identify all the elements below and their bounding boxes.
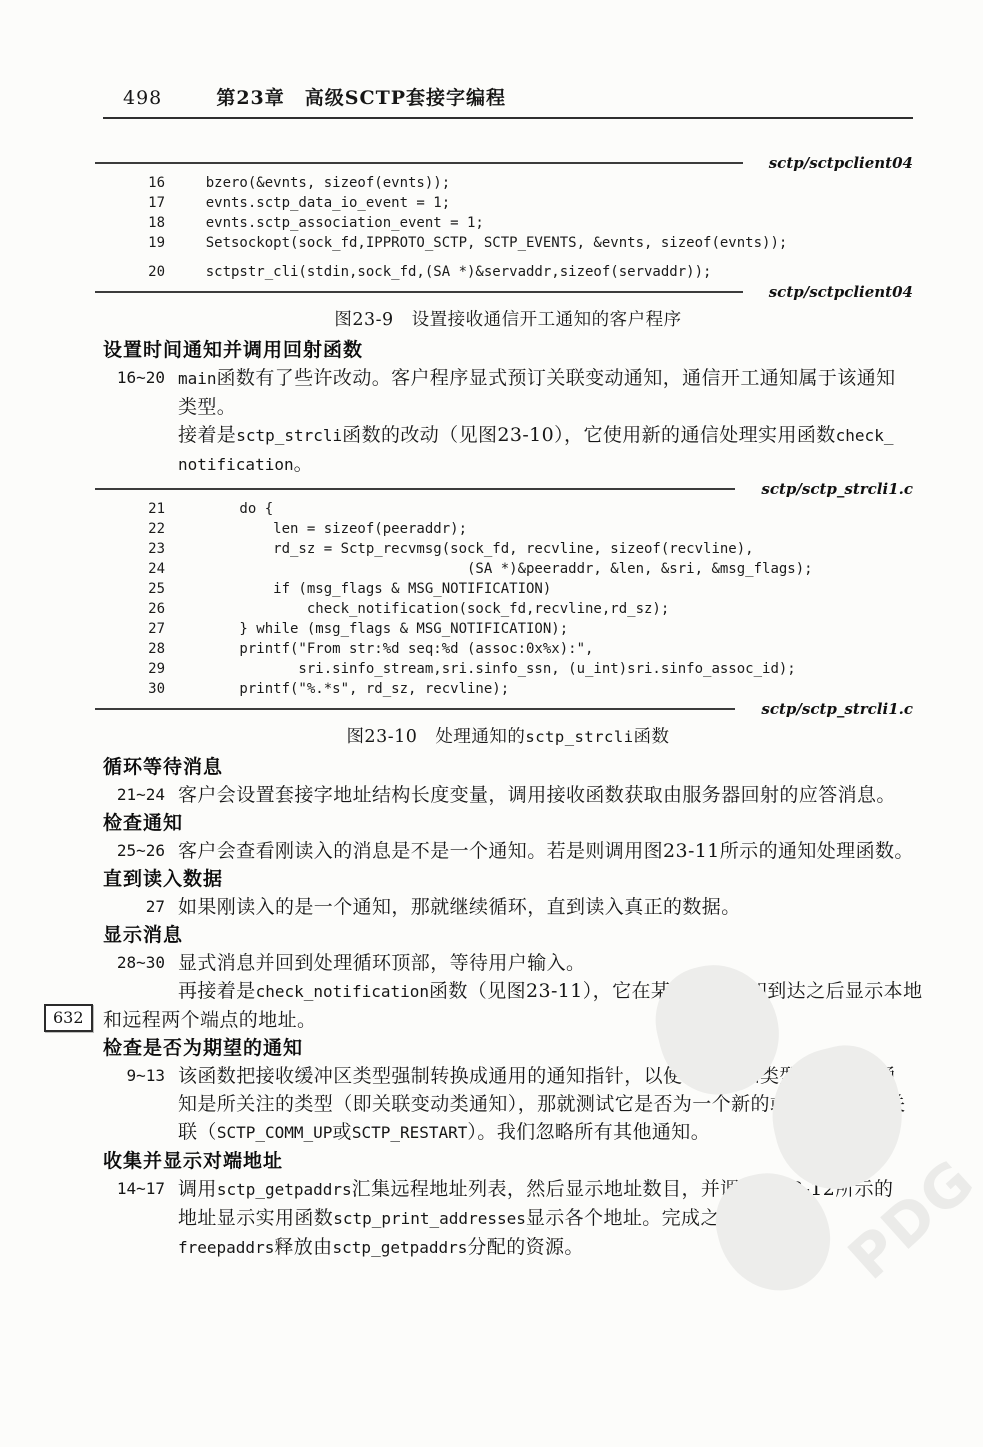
annotated-paragraph: 21~24客户会设置套接字地址结构长度变量，调用接收函数获取由服务器回射的应答消… <box>103 781 913 809</box>
line-number: 29 <box>103 659 165 679</box>
text-run: 类型。 <box>178 396 236 418</box>
paragraph-line: 知是所关注的类型（即关联变动类通知），那就测试它是否为一个新的或重新激活的关 <box>178 1090 913 1118</box>
inline-code: sctp_strcli <box>525 728 633 746</box>
line-number: 24 <box>103 559 165 579</box>
code-line: 24 (SA *)&peeraddr, &len, &sri, &msg_fla… <box>103 559 913 579</box>
paragraph-text: 客户会查看刚读入的消息是不是一个通知。若是则调用图23-11所示的通知处理函数。 <box>178 837 913 865</box>
text-run: 分配的资源。 <box>467 1236 583 1258</box>
code-text: evnts.sctp_association_event = 1; <box>172 215 484 231</box>
running-header: 498 第23章 高级SCTP套接字编程 <box>103 86 913 119</box>
annotated-paragraph: 28~30显式消息并回到处理循环顶部，等待用户输入。 <box>103 949 913 977</box>
line-range-label <box>103 421 165 479</box>
code-line: 19 Setsockopt(sock_fd,IPPROTO_SCTP, SCTP… <box>103 233 913 253</box>
annotated-paragraph: 25~26客户会查看刚读入的消息是不是一个通知。若是则调用图23-11所示的通知… <box>103 837 913 865</box>
code-text: printf("From str:%d seq:%d (assoc:0x%x):… <box>172 641 593 657</box>
line-number: 21 <box>103 499 165 519</box>
line-number: 18 <box>103 213 165 233</box>
horizontal-rule <box>95 708 735 710</box>
page-flow: sctp/sctpclient0416 bzero(&evnts, sizeof… <box>103 153 913 1262</box>
paragraph-line: 和远程两个端点的地址。 <box>103 1006 913 1034</box>
paragraph-line: 接着是sctp_strcli函数的改动（见图23-10），它使用新的通信处理实用… <box>178 421 913 450</box>
code-text: rd_sz = Sctp_recvmsg(sock_fd, recvline, … <box>172 541 754 557</box>
text-run: 知是所关注的类型（即关联变动类通知），那就测试它是否为一个新的或重新激活的关 <box>178 1093 906 1115</box>
section-heading: 显示消息 <box>103 921 913 949</box>
source-file-label: sctp/sctp_strcli1.c <box>761 700 913 718</box>
code-text: bzero(&evnts, sizeof(evnts)); <box>172 175 450 191</box>
code-line: 27 } while (msg_flags & MSG_NOTIFICATION… <box>103 619 913 639</box>
code-lines: 16 bzero(&evnts, sizeof(evnts));17 evnts… <box>103 173 913 282</box>
paragraph-text: 显式消息并回到处理循环顶部，等待用户输入。 <box>178 949 913 977</box>
line-number: 19 <box>103 233 165 253</box>
code-line: 18 evnts.sctp_association_event = 1; <box>103 213 913 233</box>
figure-caption: 图23-10 处理通知的sctp_strcli函数 <box>103 723 913 751</box>
section-heading: 收集并显示对端地址 <box>103 1147 913 1175</box>
code-line <box>103 253 913 262</box>
text-run: 如果刚读入的是一个通知，那就继续循环，直到读入真正的数据。 <box>178 896 741 918</box>
horizontal-rule <box>95 291 743 293</box>
annotated-paragraph: 27如果刚读入的是一个通知，那就继续循环，直到读入真正的数据。 <box>103 893 913 921</box>
inline-code: freepaddrs <box>178 1238 274 1257</box>
code-text: if (msg_flags & MSG_NOTIFICATION) <box>172 581 551 597</box>
source-label-row: sctp/sctp_strcli1.c <box>103 699 913 719</box>
annotated-paragraph: 9~13该函数把接收缓冲区类型强制转换成通用的通知指针，以便找出通知类型。如果本… <box>103 1062 913 1147</box>
code-text: sri.sinfo_stream,sri.sinfo_ssn, (u_int)s… <box>172 661 796 677</box>
inline-code: main <box>178 369 217 388</box>
section-heading: 直到读入数据 <box>103 865 913 893</box>
section-heading: 循环等待消息 <box>103 753 913 781</box>
code-line: 16 bzero(&evnts, sizeof(evnts)); <box>103 173 913 193</box>
code-line: 20 sctpstr_cli(stdin,sock_fd,(SA *)&serv… <box>103 262 913 282</box>
source-label-row: sctp/sctp_strcli1.c <box>103 479 913 499</box>
code-line: 26 check_notification(sock_fd,recvline,r… <box>103 599 913 619</box>
paragraph-text: 客户会设置套接字地址结构长度变量，调用接收函数获取由服务器回射的应答消息。 <box>178 781 913 809</box>
code-text: Setsockopt(sock_fd,IPPROTO_SCTP, SCTP_EV… <box>172 235 787 251</box>
text-run: 函数（见图23-11），它在某个关联通知到达之后显示本地 <box>429 980 922 1002</box>
code-line: 29 sri.sinfo_stream,sri.sinfo_ssn, (u_in… <box>103 659 913 679</box>
code-text: evnts.sctp_data_io_event = 1; <box>172 195 450 211</box>
code-text: } while (msg_flags & MSG_NOTIFICATION); <box>172 621 568 637</box>
code-line: 23 rd_sz = Sctp_recvmsg(sock_fd, recvlin… <box>103 539 913 559</box>
annotated-paragraph: 14~17调用sctp_getpaddrs汇集远程地址列表，然后显示地址数目，并… <box>103 1175 913 1262</box>
code-lines: 21 do {22 len = sizeof(peeraddr);23 rd_s… <box>103 499 913 699</box>
text-run: 显示各个地址。完成之后调用 <box>526 1207 778 1229</box>
figure-caption: 图23-9 设置接收通信开工通知的客户程序 <box>103 306 913 334</box>
paragraph-line: 客户会查看刚读入的消息是不是一个通知。若是则调用图23-11所示的通知处理函数。 <box>178 837 913 865</box>
line-number: 26 <box>103 599 165 619</box>
text-run: 和远程两个端点的地址。 <box>103 1009 316 1031</box>
inline-code: sctp_getpaddrs <box>333 1238 468 1257</box>
text-run: 显式消息并回到处理循环顶部，等待用户输入。 <box>178 952 585 974</box>
inline-code: SCTP_RESTART <box>352 1123 468 1142</box>
paragraph-text: 如果刚读入的是一个通知，那就继续循环，直到读入真正的数据。 <box>178 893 913 921</box>
source-label-row: sctp/sctpclient04 <box>103 153 913 173</box>
text-run: 。 <box>294 453 313 475</box>
line-range-label: 9~13 <box>103 1062 165 1147</box>
line-range-label: 21~24 <box>103 781 165 809</box>
line-number: 22 <box>103 519 165 539</box>
line-number: 28 <box>103 639 165 659</box>
section-heading: 设置时间通知并调用回射函数 <box>103 336 913 364</box>
paragraph-line: 联（SCTP_COMM_UP或SCTP_RESTART）。我们忽略所有其他通知。 <box>178 1118 913 1147</box>
chapter-title: 第23章 高级SCTP套接字编程 <box>216 87 506 109</box>
text-run: 调用 <box>178 1178 217 1200</box>
line-number: 16 <box>103 173 165 193</box>
text-run: 或 <box>332 1121 351 1143</box>
line-range-label: 28~30 <box>103 949 165 977</box>
line-number: 27 <box>103 619 165 639</box>
text-run: ）。我们忽略所有其他通知。 <box>467 1121 710 1143</box>
paragraph-line: notification。 <box>178 450 913 479</box>
line-range-label: 16~20 <box>103 364 165 421</box>
inline-code: sctp_print_addresses <box>333 1209 526 1228</box>
line-range-label: 27 <box>103 893 165 921</box>
code-text: printf("%.*s", rd_sz, recvline); <box>172 681 509 697</box>
paragraph-line: 地址显示实用函数sctp_print_addresses显示各个地址。完成之后调… <box>178 1204 913 1233</box>
code-text: len = sizeof(peeraddr); <box>172 521 467 537</box>
code-text: check_notification(sock_fd,recvline,rd_s… <box>172 601 669 617</box>
inline-code: sctp_strcli <box>236 426 342 445</box>
horizontal-rule <box>95 162 743 164</box>
text-run: 该函数把接收缓冲区类型强制转换成通用的通知指针，以便找出通知类型。如果本通 <box>178 1065 896 1087</box>
paragraph-text: 调用sctp_getpaddrs汇集远程地址列表，然后显示地址数目，并调用图23… <box>178 1175 913 1262</box>
code-text: do { <box>172 501 273 517</box>
code-line: 30 printf("%.*s", rd_sz, recvline); <box>103 679 913 699</box>
book-page: 498 第23章 高级SCTP套接字编程 sctp/sctpclient0416… <box>0 0 983 1447</box>
margin-page-ref: 632 <box>44 1004 93 1032</box>
text-run: 释放由 <box>274 1236 332 1258</box>
line-number: 25 <box>103 579 165 599</box>
listing-fig23-10: sctp/sctp_strcli1.c21 do {22 len = sizeo… <box>103 479 913 719</box>
line-number: 20 <box>103 262 165 282</box>
source-file-label: sctp/sctp_strcli1.c <box>761 480 913 498</box>
annotated-paragraph: 接着是sctp_strcli函数的改动（见图23-10），它使用新的通信处理实用… <box>103 421 913 479</box>
code-line: 21 do { <box>103 499 913 519</box>
body-paragraph: 再接着是check_notification函数（见图23-11），它在某个关联… <box>103 977 913 1034</box>
paragraph-line: 如果刚读入的是一个通知，那就继续循环，直到读入真正的数据。 <box>178 893 913 921</box>
text-run: 接着是 <box>178 424 236 446</box>
horizontal-rule <box>95 488 735 490</box>
paragraph-line: 调用sctp_getpaddrs汇集远程地址列表，然后显示地址数目，并调用图23… <box>178 1175 913 1204</box>
code-line: 17 evnts.sctp_data_io_event = 1; <box>103 193 913 213</box>
line-number: 23 <box>103 539 165 559</box>
paragraph-text: main函数有了些许改动。客户程序显式预订关联变动通知，通信开工通知属于该通知类… <box>178 364 913 421</box>
code-line: 25 if (msg_flags & MSG_NOTIFICATION) <box>103 579 913 599</box>
paragraph-line: 再接着是check_notification函数（见图23-11），它在某个关联… <box>103 977 913 1006</box>
paragraph-line: 该函数把接收缓冲区类型强制转换成通用的通知指针，以便找出通知类型。如果本通 <box>178 1062 913 1090</box>
section-heading: 检查通知 <box>103 809 913 837</box>
source-file-label: sctp/sctpclient04 <box>769 154 913 172</box>
inline-code: check_notification <box>256 982 429 1001</box>
line-range-label: 25~26 <box>103 837 165 865</box>
annotated-paragraph: 16~20main函数有了些许改动。客户程序显式预订关联变动通知，通信开工通知属… <box>103 364 913 421</box>
line-number: 17 <box>103 193 165 213</box>
paragraph-line: freepaddrs释放由sctp_getpaddrs分配的资源。 <box>178 1233 913 1262</box>
inline-code: check_ <box>836 426 894 445</box>
inline-code: sctp_ <box>778 1209 826 1228</box>
inline-code: SCTP_COMM_UP <box>217 1123 333 1142</box>
text-run: 再接着是 <box>178 980 256 1002</box>
paragraph-line: 客户会设置套接字地址结构长度变量，调用接收函数获取由服务器回射的应答消息。 <box>178 781 913 809</box>
line-number: 30 <box>103 679 165 699</box>
paragraph-line: 类型。 <box>178 393 913 421</box>
code-text: (SA *)&peeraddr, &len, &sri, &msg_flags)… <box>172 561 813 577</box>
source-label-row: sctp/sctpclient04 <box>103 282 913 302</box>
line-range-label: 14~17 <box>103 1175 165 1262</box>
text-run: 地址显示实用函数 <box>178 1207 333 1229</box>
paragraph-line: main函数有了些许改动。客户程序显式预订关联变动通知，通信开工通知属于该通知 <box>178 364 913 393</box>
text-run: 函数 <box>634 727 670 747</box>
text-run: 函数有了些许改动。客户程序显式预订关联变动通知，通信开工通知属于该通知 <box>217 367 896 389</box>
paragraph-line: 显式消息并回到处理循环顶部，等待用户输入。 <box>178 949 913 977</box>
text-run: 客户会设置套接字地址结构长度变量，调用接收函数获取由服务器回射的应答消息。 <box>178 784 896 806</box>
paragraph-text: 该函数把接收缓冲区类型强制转换成通用的通知指针，以便找出通知类型。如果本通知是所… <box>178 1062 913 1147</box>
text-run: 汇集远程地址列表，然后显示地址数目，并调用图23-12所示的 <box>352 1178 894 1200</box>
text-run: 图23-10 处理通知的 <box>346 727 525 747</box>
text-run: 联（ <box>178 1121 217 1143</box>
inline-code: sctp_getpaddrs <box>217 1180 352 1199</box>
text-run: 函数的改动（见图23-10），它使用新的通信处理实用函数 <box>342 424 835 446</box>
code-text: sctpstr_cli(stdin,sock_fd,(SA *)&servadd… <box>172 264 711 280</box>
code-line: 22 len = sizeof(peeraddr); <box>103 519 913 539</box>
text-run: 图23-9 设置接收通信开工通知的客户程序 <box>334 310 681 330</box>
page-number: 498 <box>103 87 162 109</box>
section-heading: 检查是否为期望的通知 <box>103 1034 913 1062</box>
text-run: 客户会查看刚读入的消息是不是一个通知。若是则调用图23-11所示的通知处理函数。 <box>178 840 914 862</box>
listing-fig23-9: sctp/sctpclient0416 bzero(&evnts, sizeof… <box>103 153 913 302</box>
code-line: 28 printf("From str:%d seq:%d (assoc:0x%… <box>103 639 913 659</box>
paragraph-text: 接着是sctp_strcli函数的改动（见图23-10），它使用新的通信处理实用… <box>178 421 913 479</box>
source-file-label: sctp/sctpclient04 <box>769 283 913 301</box>
inline-code: notification <box>178 455 294 474</box>
